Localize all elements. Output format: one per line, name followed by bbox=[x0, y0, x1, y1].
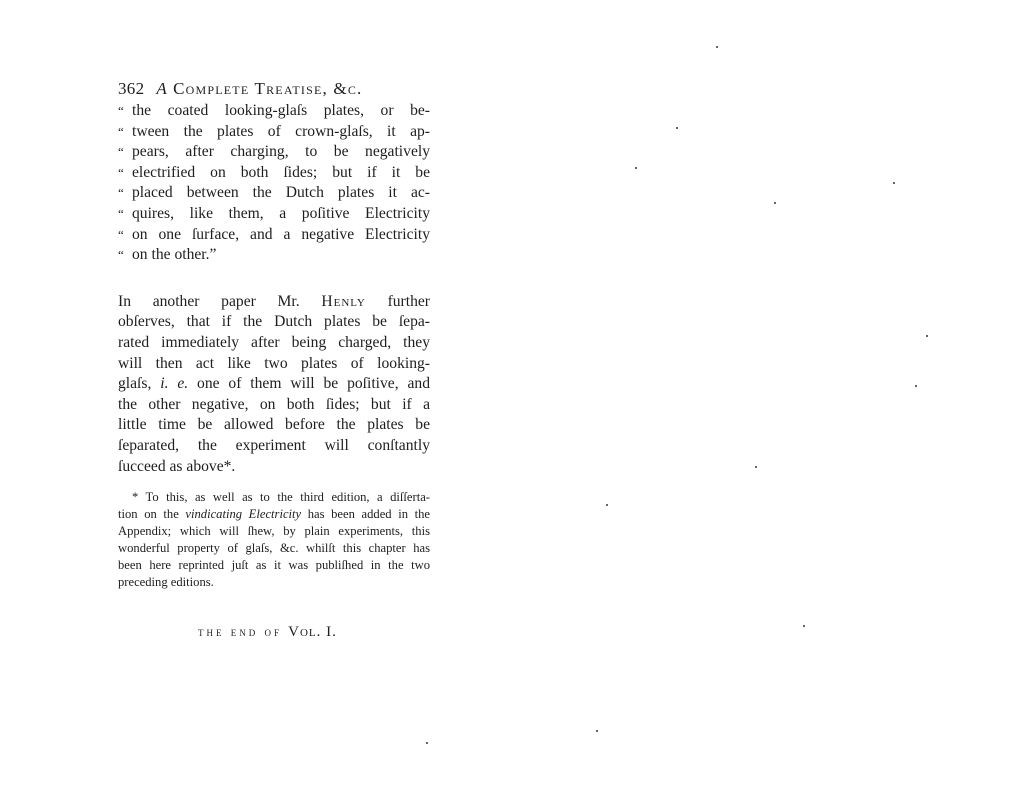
paper-speck bbox=[426, 742, 428, 744]
volume-label: Vol. I. bbox=[288, 624, 337, 640]
paper-speck bbox=[915, 385, 917, 387]
quote-line: “pears, after charging, to be negatively bbox=[118, 142, 430, 163]
quote-mark: “ bbox=[118, 163, 132, 184]
author-name: Henly bbox=[321, 293, 366, 310]
running-title-article: A bbox=[156, 79, 167, 98]
end-of-volume: the end of Vol. I. bbox=[198, 624, 337, 641]
paper-speck bbox=[596, 730, 598, 732]
quote-mark: “ bbox=[118, 122, 132, 143]
left-page: 362AComplete Treatise, &c. “the coated l… bbox=[118, 78, 430, 591]
footnote-line: Appendix; which will ſhew, by plain expe… bbox=[118, 523, 430, 540]
paper-speck bbox=[774, 202, 776, 204]
paper-speck bbox=[803, 625, 805, 627]
running-head: 362AComplete Treatise, &c. bbox=[118, 78, 430, 100]
footnote-line: wonderful property of glaſs, &c. whilſt … bbox=[118, 540, 430, 557]
paper-speck bbox=[926, 335, 928, 337]
body-paragraph: In another paper Mr. Henly further obſer… bbox=[118, 292, 430, 477]
footnote-line: * To this, as well as to the third editi… bbox=[118, 489, 430, 506]
paragraph-line: In another paper Mr. Henly further bbox=[118, 292, 430, 313]
quote-mark: “ bbox=[118, 142, 132, 163]
quote-line: “electrified on both ſides; but if it be bbox=[118, 163, 430, 184]
paragraph-line: will then act like two plates of looking… bbox=[118, 354, 430, 375]
paragraph-line: rated immediately after being charged, t… bbox=[118, 333, 430, 354]
footnote-line: preceding editions. bbox=[118, 574, 430, 591]
quote-mark: “ bbox=[118, 204, 132, 225]
paragraph-line: ſeparated, the experiment will conſtantl… bbox=[118, 436, 430, 457]
quote-mark: “ bbox=[118, 225, 132, 246]
paragraph-line: glaſs, i. e. one of them will be poſitiv… bbox=[118, 374, 430, 395]
quote-mark: “ bbox=[118, 245, 132, 266]
quotation-block: “the coated looking-glaſs plates, or be-… bbox=[118, 101, 430, 266]
footnote-line: been here reprinted juſt as it was publi… bbox=[118, 557, 430, 574]
page-number: 362 bbox=[118, 79, 144, 98]
paper-speck bbox=[676, 127, 678, 129]
footnote-line: tion on the vindicating Electricity has … bbox=[118, 506, 430, 523]
quote-line: “quires, like them, a poſitive Electrici… bbox=[118, 204, 430, 225]
right-page-blank bbox=[512, 0, 1024, 791]
paper-speck bbox=[893, 182, 895, 184]
quote-line: “the coated looking-glaſs plates, or be- bbox=[118, 101, 430, 122]
paper-speck bbox=[755, 466, 757, 468]
paper-speck bbox=[716, 46, 718, 48]
paper-speck bbox=[606, 504, 608, 506]
quote-mark: “ bbox=[118, 101, 132, 122]
quote-line: “on one ſurface, and a negative Electric… bbox=[118, 225, 430, 246]
quote-line: “on the other.” bbox=[118, 245, 430, 266]
quote-line: “tween the plates of crown-glaſs, it ap- bbox=[118, 122, 430, 143]
quote-line: “placed between the Dutch plates it ac- bbox=[118, 183, 430, 204]
paragraph-line: ſucceed as above*. bbox=[118, 457, 430, 478]
paper-speck bbox=[635, 167, 637, 169]
running-title: Complete Treatise, &c. bbox=[173, 79, 362, 98]
paragraph-line: the other negative, on both ſides; but i… bbox=[118, 395, 430, 416]
quote-mark: “ bbox=[118, 183, 132, 204]
end-of-text: the end of bbox=[198, 624, 282, 639]
footnote: * To this, as well as to the third editi… bbox=[118, 489, 430, 591]
paragraph-line: obſerves, that if the Dutch plates be ſe… bbox=[118, 312, 430, 333]
paragraph-line: little time be allowed before the plates… bbox=[118, 415, 430, 436]
